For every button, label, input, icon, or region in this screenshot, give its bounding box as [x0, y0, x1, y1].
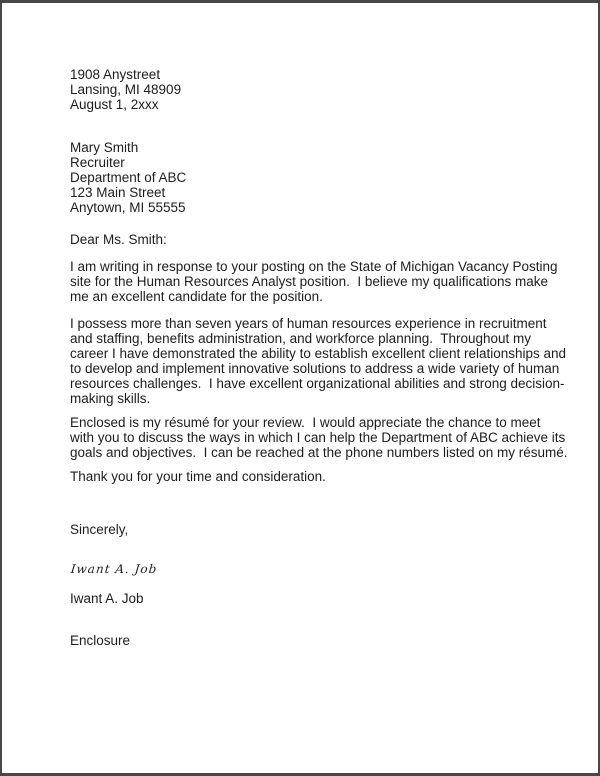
body-paragraph-2: I possess more than seven years of human… [70, 316, 568, 406]
complimentary-closing: Sincerely, [70, 522, 568, 537]
recipient-city-state-zip: Anytown, MI 55555 [70, 200, 568, 215]
sender-city-state-zip: Lansing, MI 48909 [70, 82, 568, 97]
salutation: Dear Ms. Smith: [70, 232, 568, 247]
recipient-department: Department of ABC [70, 170, 568, 185]
thank-you-line: Thank you for your time and consideratio… [70, 469, 568, 484]
recipient-name: Mary Smith [70, 140, 568, 155]
recipient-title: Recruiter [70, 155, 568, 170]
sender-address-block: 1908 Anystreet Lansing, MI 48909 August … [70, 67, 568, 112]
recipient-address-block: Mary Smith Recruiter Department of ABC 1… [70, 140, 568, 215]
recipient-street: 123 Main Street [70, 185, 568, 200]
letter-date: August 1, 2xxx [70, 97, 568, 112]
sender-street: 1908 Anystreet [70, 67, 568, 82]
enclosure-notation: Enclosure [70, 633, 568, 648]
handwritten-signature: Iwant A. Job [70, 562, 570, 577]
letter-page: 1908 Anystreet Lansing, MI 48909 August … [0, 0, 600, 776]
letter-content: 1908 Anystreet Lansing, MI 48909 August … [2, 3, 598, 648]
typed-signature-name: Iwant A. Job [70, 591, 568, 606]
body-paragraph-1: I am writing in response to your posting… [70, 259, 568, 304]
body-paragraph-3: Enclosed is my résumé for your review. I… [70, 415, 568, 460]
